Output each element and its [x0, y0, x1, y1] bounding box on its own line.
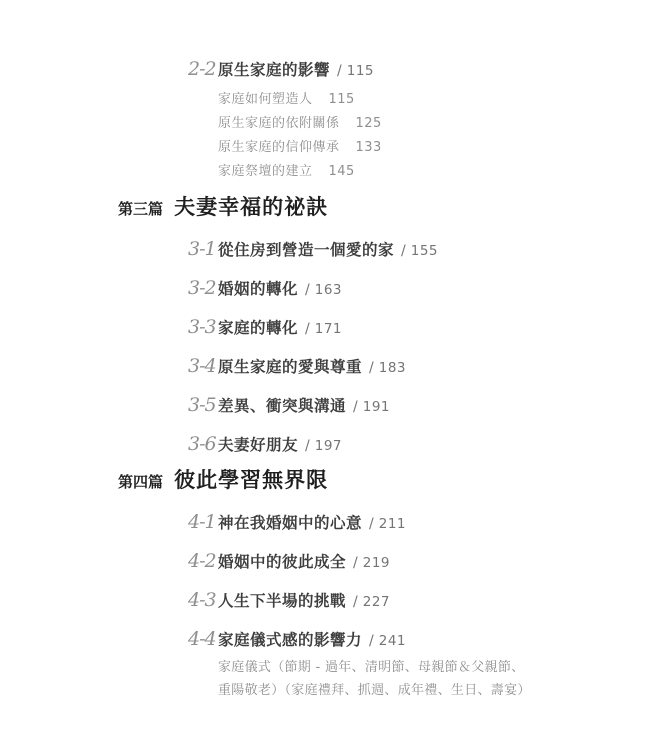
section-title: 夫妻幸福的祕訣	[174, 194, 328, 219]
chapter-number: 3-5	[188, 394, 218, 416]
toc-page: 2-2 原生家庭的影響 / 115 家庭如何塑造人115 原生家庭的依附關係12…	[0, 0, 650, 750]
toc-entry-4-3: 4-3 人生下半場的挑戰 / 227	[188, 589, 650, 613]
page-separator: /	[353, 399, 358, 415]
page-separator: /	[305, 282, 310, 298]
chapter-page-number: 197	[315, 438, 342, 454]
toc-entry-3-1: 3-1 從住房到營造一個愛的家 / 155	[188, 238, 650, 262]
chapter-number: 3-6	[188, 433, 218, 455]
chapter-title: 夫妻好朋友	[218, 433, 298, 455]
chapter-page-number: 227	[363, 594, 390, 610]
chapter-number: 4-1	[188, 511, 218, 533]
chapter-title: 差異、衝突與溝通	[218, 394, 346, 416]
toc-entry-3-4: 3-4 原生家庭的愛與尊重 / 183	[188, 355, 650, 379]
subitem-page-number: 115	[329, 92, 355, 107]
subitem-title: 家庭如何塑造人	[218, 92, 313, 107]
subitem-title: 原生家庭的信仰傳承	[218, 140, 340, 155]
toc-entry-3-2: 3-2 婚姻的轉化 / 163	[188, 277, 650, 301]
section-label: 第四篇	[118, 473, 163, 491]
page-separator: /	[369, 360, 374, 376]
chapter-title: 原生家庭的影響	[218, 58, 330, 80]
chapter-title: 神在我婚姻中的心意	[218, 511, 362, 533]
chapter-number: 3-4	[188, 355, 218, 377]
chapter-title: 原生家庭的愛與尊重	[218, 355, 362, 377]
subitem: 家庭祭壇的建立145	[218, 160, 650, 184]
page-separator: /	[401, 243, 406, 259]
page-separator: /	[353, 594, 358, 610]
chapter-page-number: 115	[347, 63, 374, 79]
chapter-page-number: 171	[315, 321, 342, 337]
subitem-title: 原生家庭的依附關係	[218, 116, 340, 131]
chapter-number: 2-2	[188, 58, 218, 80]
toc-entry-3-3: 3-3 家庭的轉化 / 171	[188, 316, 650, 340]
page-separator: /	[369, 516, 374, 532]
page-separator: /	[369, 633, 374, 649]
chapter-number: 3-1	[188, 238, 218, 260]
chapter-page-number: 163	[315, 282, 342, 298]
toc-entry-4-4: 4-4 家庭儀式感的影響力 / 241	[188, 628, 650, 652]
chapter-number: 3-2	[188, 277, 218, 299]
chapter-page-number: 155	[411, 243, 438, 259]
section-label: 第三篇	[118, 200, 163, 218]
chapter-number: 4-3	[188, 589, 218, 611]
subitem: 家庭如何塑造人115	[218, 88, 650, 112]
section-heading-4: 第四篇 彼此學習無界限	[118, 466, 650, 496]
subitem-page-number: 133	[356, 140, 382, 155]
subitem: 原生家庭的信仰傳承133	[218, 136, 650, 160]
chapter-number: 4-4	[188, 628, 218, 650]
toc-entry-4-1: 4-1 神在我婚姻中的心意 / 211	[188, 511, 650, 535]
subitem-list: 家庭如何塑造人115 原生家庭的依附關係125 原生家庭的信仰傳承133 家庭祭…	[218, 88, 650, 184]
chapter-title: 人生下半場的挑戰	[218, 589, 346, 611]
subitem-title: 家庭祭壇的建立	[218, 164, 313, 179]
chapter-number: 3-3	[188, 316, 218, 338]
chapter-note-line: 重陽敬老）（家庭禮拜、抓週、成年禮、生日、壽宴）	[218, 679, 650, 702]
subitem: 原生家庭的依附關係125	[218, 112, 650, 136]
chapter-title: 婚姻的轉化	[218, 277, 298, 299]
chapter-page-number: 183	[379, 360, 406, 376]
subitem-page-number: 145	[329, 164, 355, 179]
page-separator: /	[337, 63, 342, 79]
section-heading-3: 第三篇 夫妻幸福的祕訣	[118, 193, 650, 223]
page-separator: /	[305, 438, 310, 454]
chapter-page-number: 219	[363, 555, 390, 571]
chapter-title: 家庭的轉化	[218, 316, 298, 338]
toc-entry-3-6: 3-6 夫妻好朋友 / 197	[188, 433, 650, 457]
toc-entry-4-2: 4-2 婚姻中的彼此成全 / 219	[188, 550, 650, 574]
section-title: 彼此學習無界限	[174, 467, 328, 492]
chapter-title: 家庭儀式感的影響力	[218, 628, 362, 650]
chapter-page-number: 241	[379, 633, 406, 649]
chapter-page-number: 191	[363, 399, 390, 415]
chapter-title: 婚姻中的彼此成全	[218, 550, 346, 572]
chapter-page-number: 211	[379, 516, 406, 532]
chapter-number: 4-2	[188, 550, 218, 572]
chapter-note-line: 家庭儀式（節期 - 過年、清明節、母親節＆父親節、	[218, 656, 650, 679]
subitem-page-number: 125	[356, 116, 382, 131]
page-separator: /	[305, 321, 310, 337]
page-separator: /	[353, 555, 358, 571]
chapter-title: 從住房到營造一個愛的家	[218, 238, 394, 260]
toc-entry-3-5: 3-5 差異、衝突與溝通 / 191	[188, 394, 650, 418]
toc-entry-2-2: 2-2 原生家庭的影響 / 115	[188, 58, 650, 82]
